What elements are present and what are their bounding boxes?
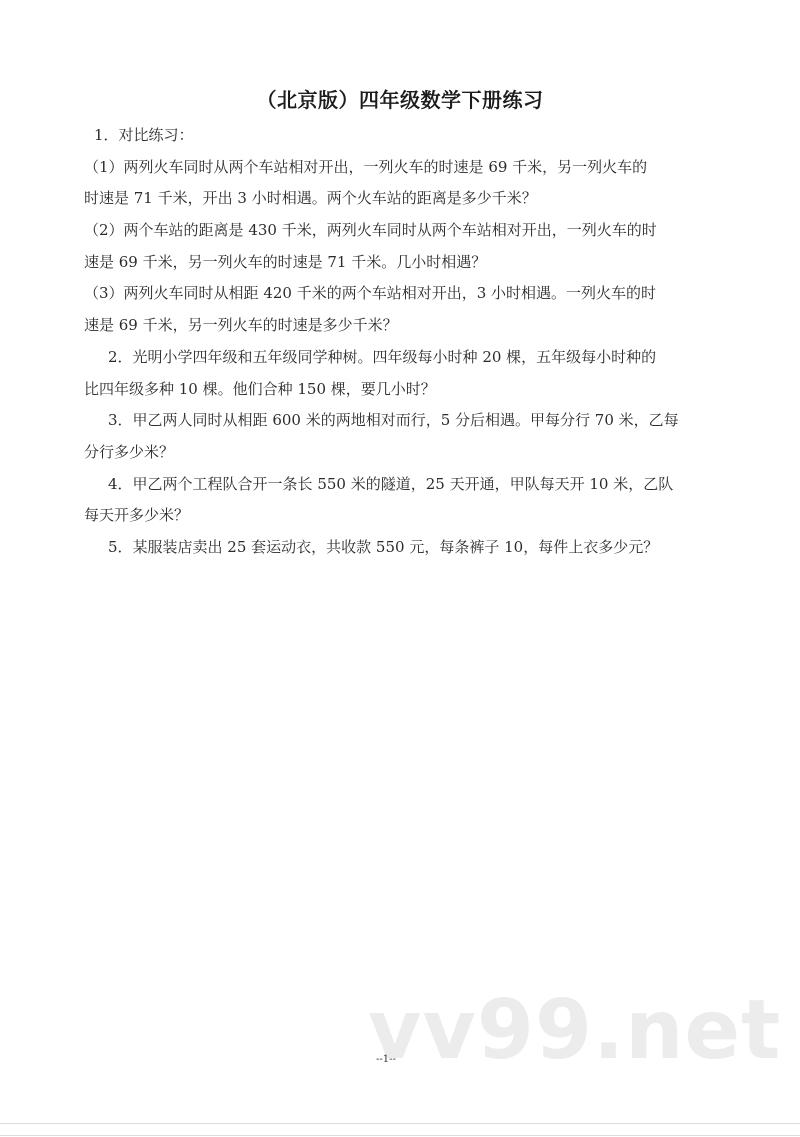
document-body: 1．对比练习： （1）两列火车同时从两个车站相对开出，一列火车的时速是 69 千… [84, 120, 724, 564]
problem-1-3-line-1: （3）两列火车同时从相距 420 千米的两个车站相对开出，3 小时相遇。一列火车… [84, 278, 724, 310]
problem-3-line-2: 分行多少米？ [84, 437, 724, 469]
problem-3-line-1: 3．甲乙两人同时从相距 600 米的两地相对而行，5 分后相遇。甲每分行 70 … [84, 405, 724, 437]
problem-4-line-2: 每天开多少米？ [84, 500, 724, 532]
watermark: vv99.net [368, 990, 781, 1072]
problem-1-1-line-1: （1）两列火车同时从两个车站相对开出，一列火车的时速是 69 千米，另一列火车的 [84, 152, 724, 184]
document-page: （北京版）四年级数学下册练习 1．对比练习： （1）两列火车同时从两个车站相对开… [0, 0, 800, 1122]
problem-2-line-2: 比四年级多种 10 棵。他们合种 150 棵，要几小时？ [84, 374, 724, 406]
problem-1-3-line-2: 速是 69 千米，另一列火车的时速是多少千米？ [84, 310, 724, 342]
page-number: --1-- [376, 1054, 396, 1065]
problem-2-line-1: 2．光明小学四年级和五年级同学种树。四年级每小时种 20 棵，五年级每小时种的 [84, 342, 724, 374]
problem-5-line-1: 5．某服装店卖出 25 套运动衣，共收款 550 元，每条裤子 10，每件上衣多… [84, 532, 724, 564]
next-page-top-border [0, 1135, 800, 1136]
problem-4-line-1: 4．甲乙两个工程队合开一条长 550 米的隧道，25 天开通，甲队每天开 10 … [84, 469, 724, 501]
problem-1-2-line-2: 速是 69 千米，另一列火车的时速是 71 千米。几小时相遇？ [84, 247, 724, 279]
document-title: （北京版）四年级数学下册练习 [0, 84, 800, 113]
section-heading-comparison: 1．对比练习： [84, 120, 724, 152]
page-bottom-border [0, 1123, 800, 1124]
problem-1-1-line-2: 时速是 71 千米，开出 3 小时相遇。两个火车站的距离是多少千米？ [84, 183, 724, 215]
problem-1-2-line-1: （2）两个车站的距离是 430 千米，两列火车同时从两个车站相对开出，一列火车的… [84, 215, 724, 247]
